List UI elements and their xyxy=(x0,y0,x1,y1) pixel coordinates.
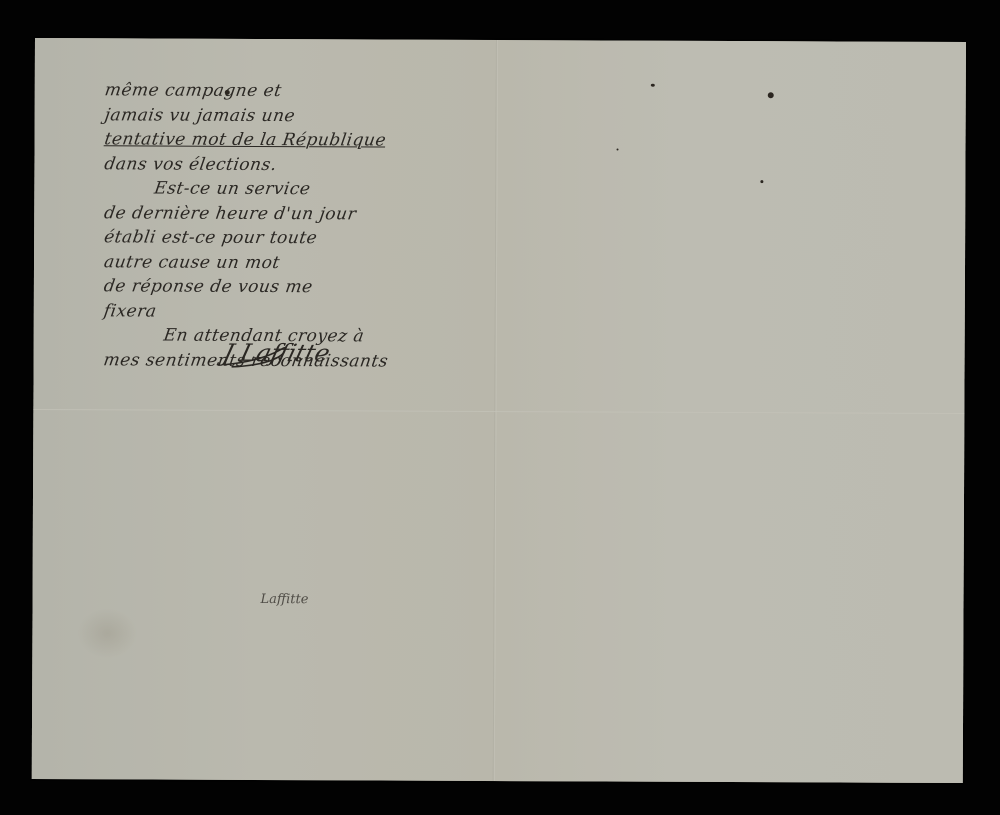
ink-speck xyxy=(768,92,774,98)
ink-speck xyxy=(651,84,655,87)
handwriting-line: de réponse de vous me xyxy=(102,274,516,300)
ink-speck xyxy=(617,149,619,151)
pencil-annotation: Laffitte xyxy=(261,592,309,607)
signature: J Laffitte xyxy=(220,339,333,367)
handwriting-line: autre cause un mot xyxy=(102,250,516,276)
handwriting-line: de dernière heure d'un jour xyxy=(102,201,516,227)
handwritten-text: même campagne et jamais vu jamais une te… xyxy=(104,78,515,374)
handwriting-line: fixera xyxy=(102,299,516,325)
handwriting-line: tentative mot de la République xyxy=(103,127,517,153)
letter-sheet: même campagne et jamais vu jamais une te… xyxy=(32,38,966,783)
paper-stain xyxy=(77,608,137,658)
photo-scene: même campagne et jamais vu jamais une te… xyxy=(0,0,1000,815)
handwriting-line: dans vos élections. xyxy=(103,152,517,178)
ink-speck xyxy=(760,180,763,183)
handwriting-line: établi est-ce pour toute xyxy=(102,225,516,251)
handwriting-line: jamais vu jamais une xyxy=(103,103,517,129)
ink-speck xyxy=(225,90,230,95)
handwriting-line: même campagne et xyxy=(103,78,517,104)
handwriting-line: Est-ce un service xyxy=(103,176,517,202)
